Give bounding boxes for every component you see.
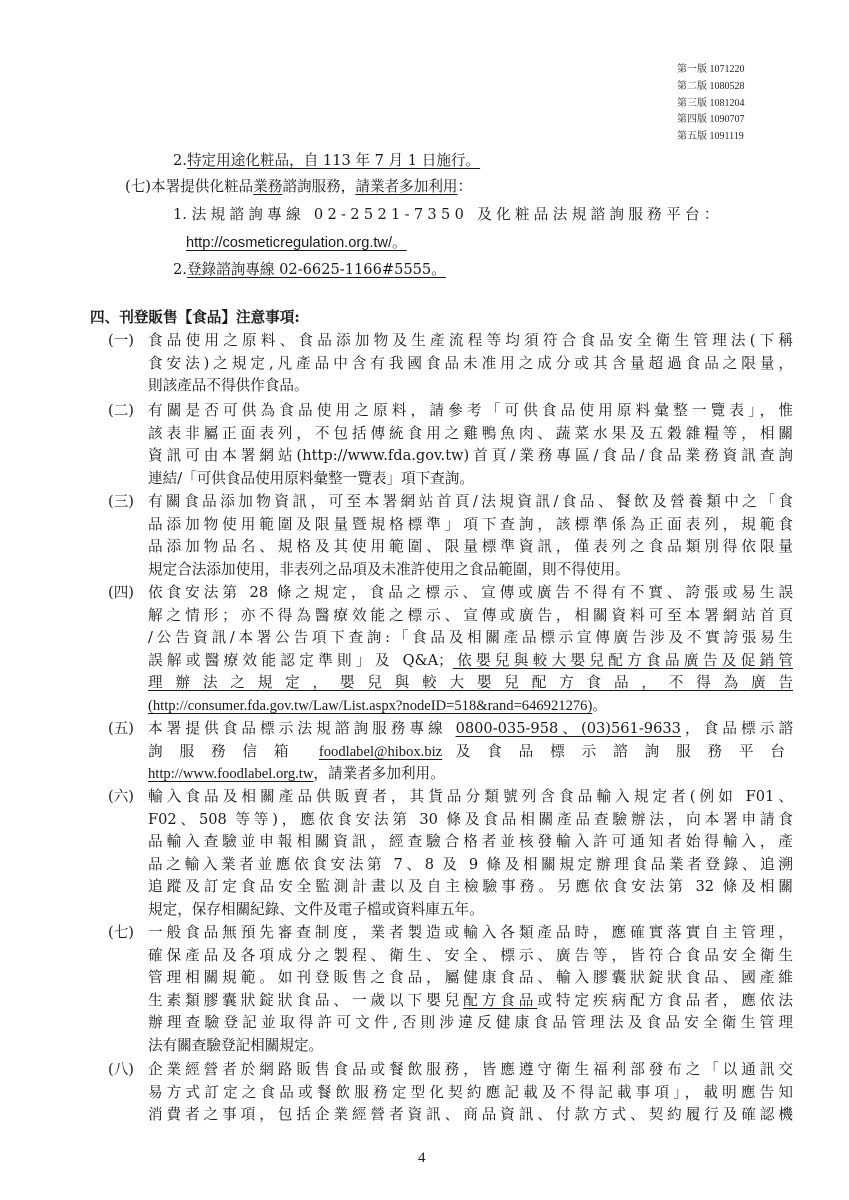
item-3-body: 有關食品添加物資訊，可至本署網站首頁/法規資訊/食品、餐飲及營養類中之「食 品添…: [148, 491, 793, 581]
item-2-body: 有關是否可供為食品使用之原料，請參考「可供食品使用原料彙整一覽表」，惟 該表非屬…: [148, 400, 793, 490]
version-history: 第一版 1071220 第二版 1080528 第三版 1081204 第四版 …: [677, 62, 745, 146]
item-4-body: 依食安法第 28 條之規定，食品之標示、宣傳或廣告不得有不實、誇張或易生誤 解之…: [148, 582, 793, 718]
registration-hotline: 登錄諮詢專線 02-6625-1166#5555。: [187, 261, 446, 278]
item-1-body: 食品使用之原料、食品添加物及生產流程等均須符合食品安全衛生管理法(下稱 食安法)…: [148, 330, 793, 398]
section-heading: 四、刊登販售【食品】注意事項:: [90, 307, 300, 329]
version-line: 第四版 1090707: [677, 112, 745, 129]
effective-date-text: 特定用途化粧品，自 113 年 7 月 1 日施行。: [187, 152, 480, 169]
page-number: 4: [418, 1150, 426, 1167]
item-label: (二): [108, 400, 134, 423]
item-label: (八): [108, 1059, 134, 1082]
consult-line-2: 2.登錄諮詢專線 02-6625-1166#5555。: [173, 259, 446, 281]
version-line: 第三版 1081204: [677, 96, 745, 113]
version-line: 第五版 1091119: [677, 129, 745, 146]
version-line: 第二版 1080528: [677, 79, 745, 96]
food-label-hotline: 0800-035-958、(03)561-9633: [456, 720, 681, 737]
hotline-text: 法規諮詢專線 02-2521-7350 及化粧品法規諮詢服務平台：: [192, 206, 723, 223]
item-8-body: 企業經營者於網路販售食品或餐飲服務，皆應遵守衛生福利部發布之「以通訊交 易方式訂…: [148, 1059, 793, 1127]
item-5-body: 本署提供食品標示法規諮詢服務專線 0800-035-958、(03)561-96…: [148, 718, 793, 786]
cosmetics-item-2: 2.特定用途化粧品，自 113 年 7 月 1 日施行。: [173, 150, 480, 172]
consult-link-line: http://cosmeticregulation.org.tw/。: [186, 232, 407, 254]
item-label: (四): [108, 582, 134, 605]
item-label: (六): [108, 786, 134, 809]
item-label: (一): [108, 330, 134, 353]
cosmetics-item-seven: (七)本署提供化粧品業務諮詢服務，請業者多加利用：: [125, 176, 472, 198]
item-7-body: 一般食品無預先審查制度，業者製造或輸入各類產品時，應確實落實自主管理， 確保產品…: [148, 922, 793, 1058]
infant-formula-law-link[interactable]: (http://consumer.fda.gov.tw/Law/List.asp…: [148, 698, 592, 714]
cosmetic-regulation-link[interactable]: http://cosmeticregulation.org.tw/。: [186, 235, 407, 251]
item-label: (三): [108, 491, 134, 514]
consult-line-1: 1. 法規諮詢專線 02-2521-7350 及化粧品法規諮詢服務平台：: [173, 204, 793, 226]
foodlabel-email-link[interactable]: foodlabel@hibox.biz: [319, 744, 442, 760]
item-6-body: 輸入食品及相關產品供販賣者，其貨品分類號列含食品輸入規定者(例如 F01、 F0…: [148, 786, 793, 922]
item-label: (五): [108, 718, 134, 741]
version-line: 第一版 1071220: [677, 62, 745, 79]
foodlabel-site-link[interactable]: http://www.foodlabel.org.tw: [148, 766, 313, 782]
item-label: (七): [108, 922, 134, 945]
